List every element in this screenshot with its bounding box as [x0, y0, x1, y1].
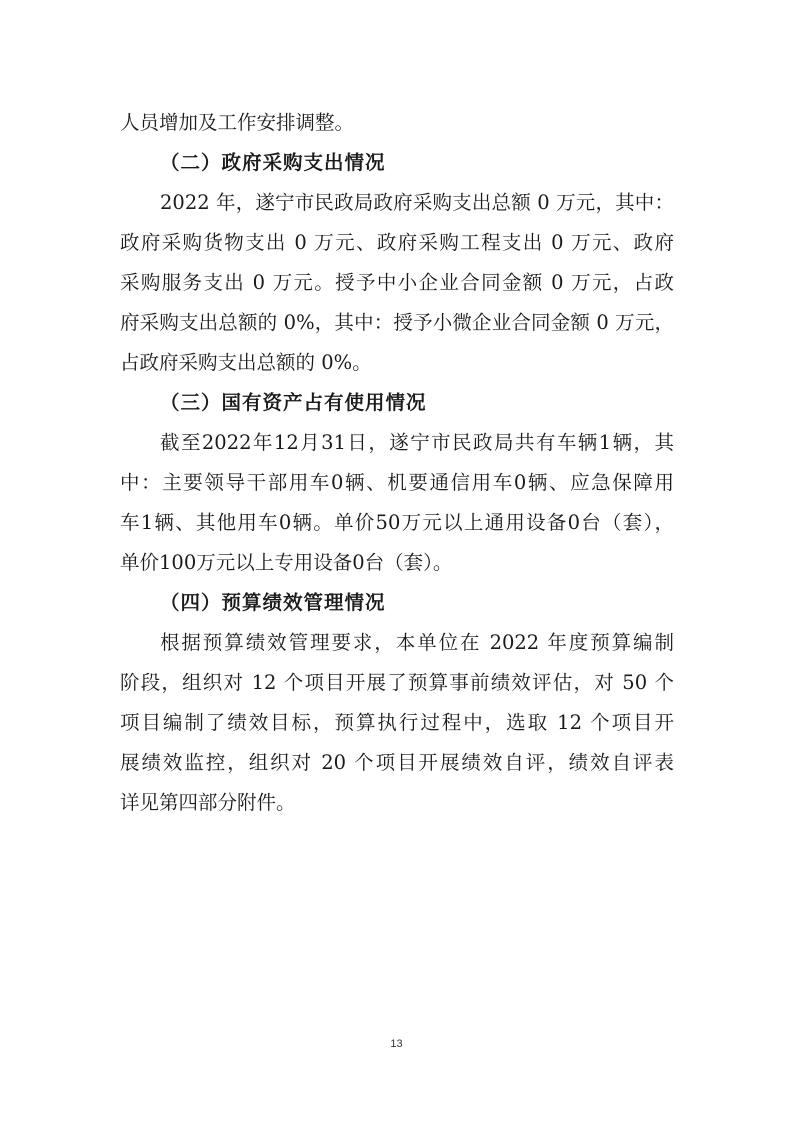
paragraph-tail-line: 人员增加及工作安排调整。 [120, 103, 674, 143]
paragraph-line: 车1辆、其他用车0辆。单价50万元以上通用设备0台（套）， [120, 503, 674, 543]
paragraph-line: 展绩效监控，组织对 20 个项目开展绩效自评，绩效自评表 [120, 743, 674, 783]
paragraph-procurement: 2022 年，遂宁市民政局政府采购支出总额 0 万元，其中： 政府采购货物支出 … [120, 183, 674, 383]
document-page: 人员增加及工作安排调整。 （二）政府采购支出情况 2022 年，遂宁市民政局政府… [0, 0, 793, 1122]
paragraph-line: 2022 年，遂宁市民政局政府采购支出总额 0 万元，其中： [120, 183, 674, 223]
paragraph-line: 占政府采购支出总额的 0%。 [120, 343, 674, 383]
paragraph-performance: 根据预算绩效管理要求，本单位在 2022 年度预算编制 阶段，组织对 12 个项… [120, 623, 674, 823]
section-heading-performance: （四）预算绩效管理情况 [120, 583, 674, 623]
paragraph-line: 中：主要领导干部用车0辆、机要通信用车0辆、应急保障用 [120, 463, 674, 503]
paragraph-line: 府采购支出总额的 0%，其中：授予小微企业合同金额 0 万元， [120, 303, 674, 343]
paragraph-line: 单价100万元以上专用设备0台（套）。 [120, 543, 674, 583]
paragraph-line: 项目编制了绩效目标，预算执行过程中，选取 12 个项目开 [120, 703, 674, 743]
paragraph-line: 采购服务支出 0 万元。授予中小企业合同金额 0 万元，占政 [120, 263, 674, 303]
paragraph-line: 政府采购货物支出 0 万元、政府采购工程支出 0 万元、政府 [120, 223, 674, 263]
section-heading-procurement: （二）政府采购支出情况 [120, 143, 674, 183]
paragraph-line: 阶段，组织对 12 个项目开展了预算事前绩效评估，对 50 个 [120, 663, 674, 703]
paragraph-state-assets: 截至2022年12月31日，遂宁市民政局共有车辆1辆，其 中：主要领导干部用车0… [120, 423, 674, 583]
paragraph-line: 截至2022年12月31日，遂宁市民政局共有车辆1辆，其 [120, 423, 674, 463]
paragraph-line: 根据预算绩效管理要求，本单位在 2022 年度预算编制 [120, 623, 674, 663]
section-heading-state-assets: （三）国有资产占有使用情况 [120, 383, 674, 423]
paragraph-line: 详见第四部分附件。 [120, 783, 674, 823]
document-body: 人员增加及工作安排调整。 （二）政府采购支出情况 2022 年，遂宁市民政局政府… [120, 103, 674, 823]
page-number: 13 [0, 1038, 793, 1050]
